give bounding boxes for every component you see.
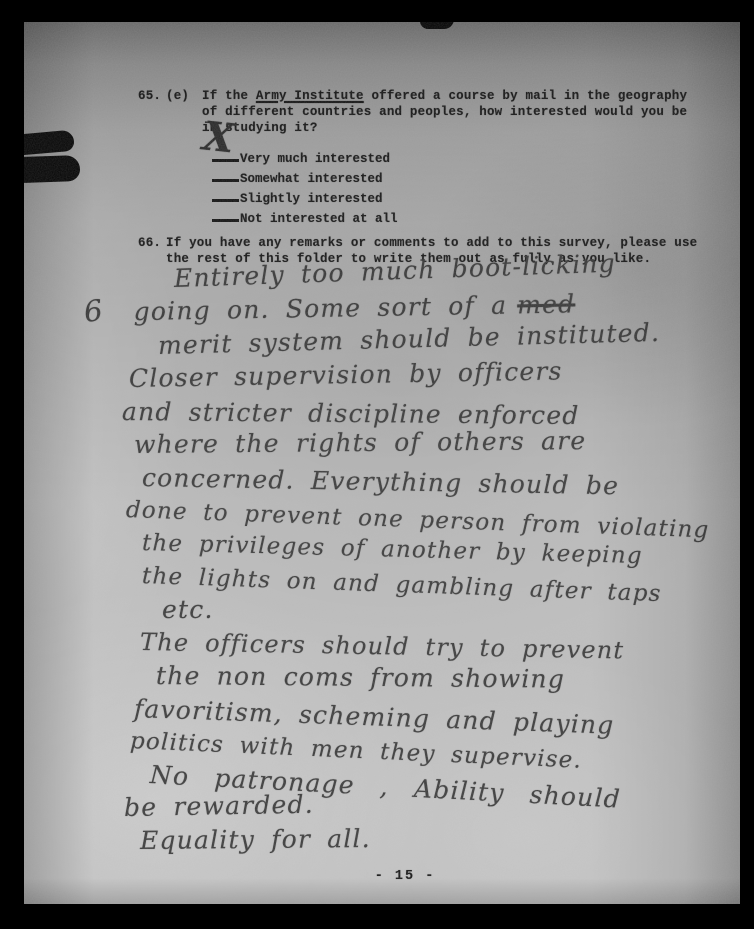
option-not-interested: Not interested at all xyxy=(212,208,398,228)
answer-blank-line xyxy=(212,188,239,202)
question-65-part-letter: (e) xyxy=(166,88,202,136)
binder-tape-mark-top xyxy=(24,130,75,156)
handwritten-response: Entirely too much boot-licking 6going on… xyxy=(74,262,724,857)
crossed-out-word: med xyxy=(517,289,576,319)
handwritten-x-check-mark: X xyxy=(202,127,235,147)
question-65-text-line3: in studying it? xyxy=(202,120,687,136)
scan-edge-notch xyxy=(420,22,454,29)
question-65-number: 65. xyxy=(138,88,166,136)
scanned-survey-page: 65. (e) If the Army Institute offered a … xyxy=(24,22,740,904)
option-label: Not interested at all xyxy=(240,212,398,226)
army-institute-underlined-text: Army Institute xyxy=(256,89,364,103)
text-segment: offered a course by mail in the geograph… xyxy=(364,89,687,103)
handwriting-line: Equality for all. xyxy=(140,819,724,857)
margin-mark: 6 xyxy=(82,294,106,329)
option-very-much-interested: Very much interested xyxy=(212,148,398,168)
question-65-text-line2: of different countries and peoples, how … xyxy=(202,104,687,120)
option-label: Somewhat interested xyxy=(240,172,383,186)
question-65-text-line1: If the Army Institute offered a course b… xyxy=(202,88,687,104)
handwriting-line: where the rights of others are xyxy=(134,423,724,461)
handwriting-line: the non coms from showing xyxy=(156,659,724,697)
option-label: Very much interested xyxy=(240,152,390,166)
question-65-options: X Very much interested Somewhat interest… xyxy=(212,148,398,228)
answer-blank-line xyxy=(212,168,239,182)
option-label: Slightly interested xyxy=(240,192,383,206)
question-65-text: If the Army Institute offered a course b… xyxy=(202,88,687,136)
text-segment: If the xyxy=(202,89,256,103)
answer-blank-line xyxy=(212,208,239,222)
option-somewhat-interested: Somewhat interested xyxy=(212,168,398,188)
option-slightly-interested: Slightly interested xyxy=(212,188,398,208)
binder-tape-mark-bottom xyxy=(24,155,80,183)
page-number: - 15 - xyxy=(24,869,740,884)
